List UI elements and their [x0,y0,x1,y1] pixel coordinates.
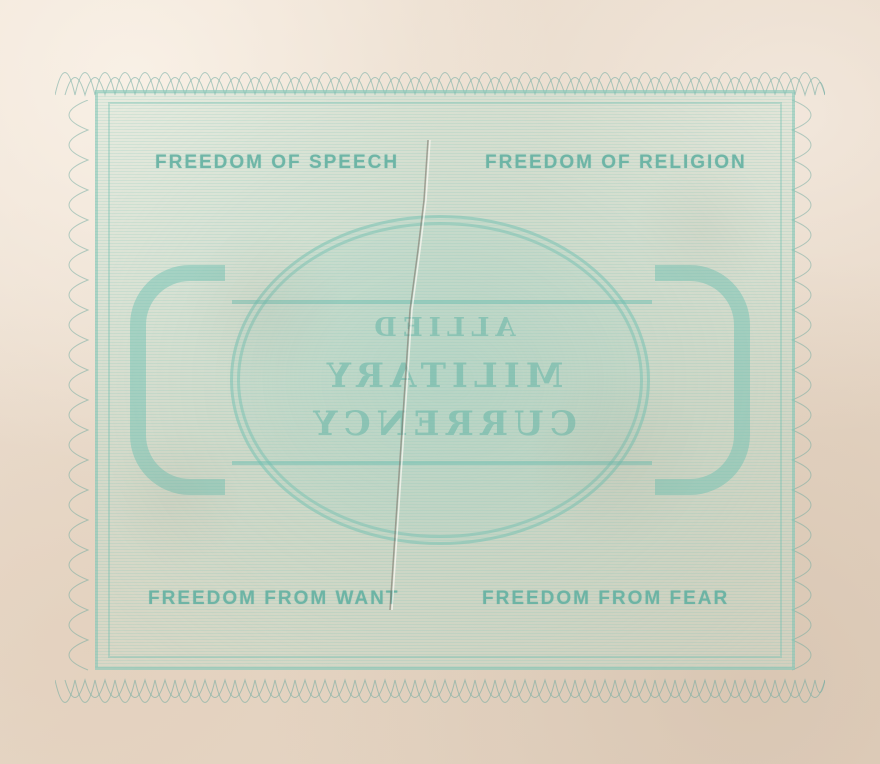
bottom-rosette-border [55,675,825,725]
center-text-block: ALLIED MILITARY CURRENCY [232,300,652,465]
freedom-from-fear-text: FREEDOM FROM FEAR [482,588,729,610]
freedom-from-want-text: FREEDOM FROM WANT [148,588,399,610]
left-scroll-ornament [130,265,225,495]
center-text-line-2: MILITARY [232,352,652,400]
left-rosette-border [50,100,90,680]
right-rosette-border [790,100,830,680]
paper-crease [380,140,440,610]
right-scroll-ornament [655,265,750,495]
center-text-line-3: CURRENCY [232,400,652,448]
center-text-line-1: ALLIED [232,304,652,352]
freedom-of-religion-text: FREEDOM OF RELIGION [485,152,747,174]
freedom-of-speech-text: FREEDOM OF SPEECH [155,152,399,174]
